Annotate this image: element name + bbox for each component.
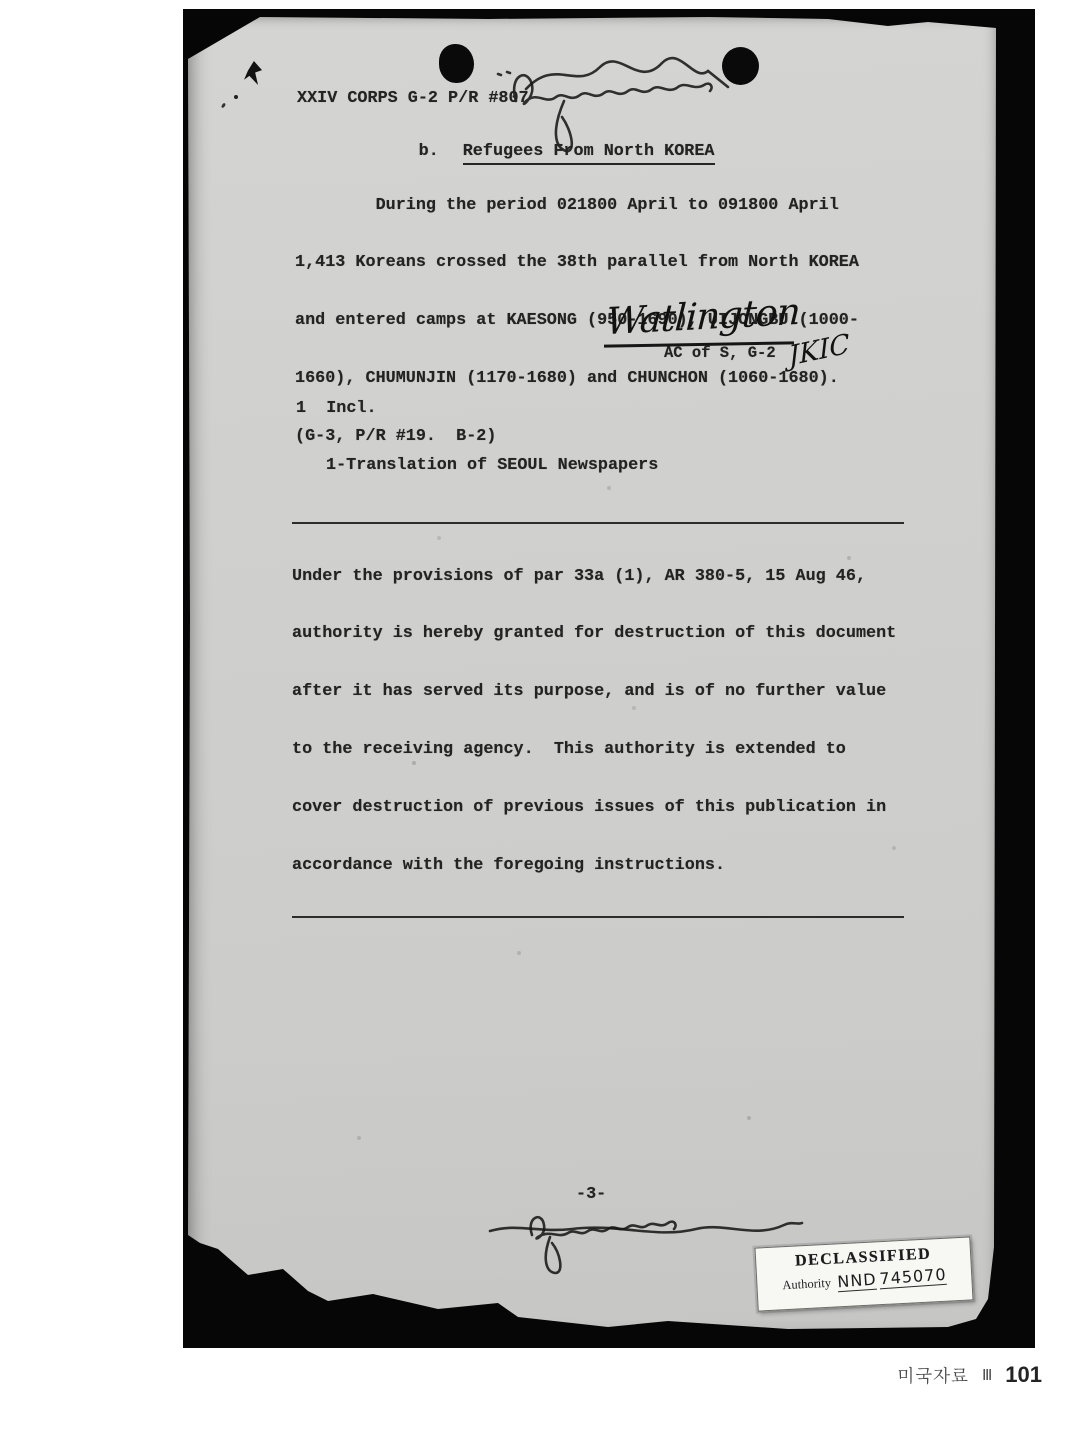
body-line: During the period 021800 April to 091800… [295, 196, 859, 215]
punch-hole [439, 44, 474, 83]
stamp-authority-prefix: NND [836, 1270, 877, 1293]
declassified-stamp: DECLASSIFIED Authority NND745070 [754, 1236, 973, 1311]
paper-tear-mark [244, 61, 262, 85]
notice-line: authority is hereby granted for destruct… [292, 624, 904, 643]
enclosure-item: 1-Translation of SEOUL Newspapers [326, 456, 658, 475]
notice-line: to the receiving agency. This authority … [292, 740, 904, 759]
destruction-authority-notice: Under the provisions of par 33a (1), AR … [292, 522, 904, 918]
ink-spot [221, 103, 226, 109]
enclosure-count: 1 Incl. [296, 399, 658, 418]
signature-title: AC of S, G-2 [664, 344, 776, 363]
notice-line: Under the provisions of par 33a (1), AR … [292, 567, 904, 586]
footer-series-title: 미국자료 [897, 1363, 969, 1388]
document-page: XXIV CORPS G-2 P/R #807 b.Refugees From … [188, 17, 996, 1339]
stamp-authority-number: 745070 [879, 1265, 947, 1290]
footer-page-number: 101 [1005, 1362, 1042, 1388]
scanned-document-area: XXIV CORPS G-2 P/R #807 b.Refugees From … [183, 9, 1035, 1348]
ink-spot [234, 95, 238, 99]
footer-volume-numeral: Ⅲ [982, 1366, 992, 1384]
stamp-authority-handwriting: NND745070 [833, 1265, 946, 1292]
notice-line: accordance with the foregoing instructio… [292, 856, 904, 875]
book-footer: 미국자료 Ⅲ 101 [897, 1362, 1042, 1388]
paper-speckles [188, 17, 190, 19]
stamp-authority-label: Authority [782, 1276, 831, 1293]
notice-line: cover destruction of previous issues of … [292, 798, 904, 817]
body-line: 1,413 Koreans crossed the 38th parallel … [295, 253, 859, 272]
enclosure-block: 1 Incl. 1-Translation of SEOUL Newspaper… [296, 360, 658, 514]
report-header: XXIV CORPS G-2 P/R #807 [297, 89, 529, 108]
notice-line: after it has served its purpose, and is … [292, 682, 904, 701]
book-page: XXIV CORPS G-2 P/R #807 b.Refugees From … [0, 0, 1080, 1439]
